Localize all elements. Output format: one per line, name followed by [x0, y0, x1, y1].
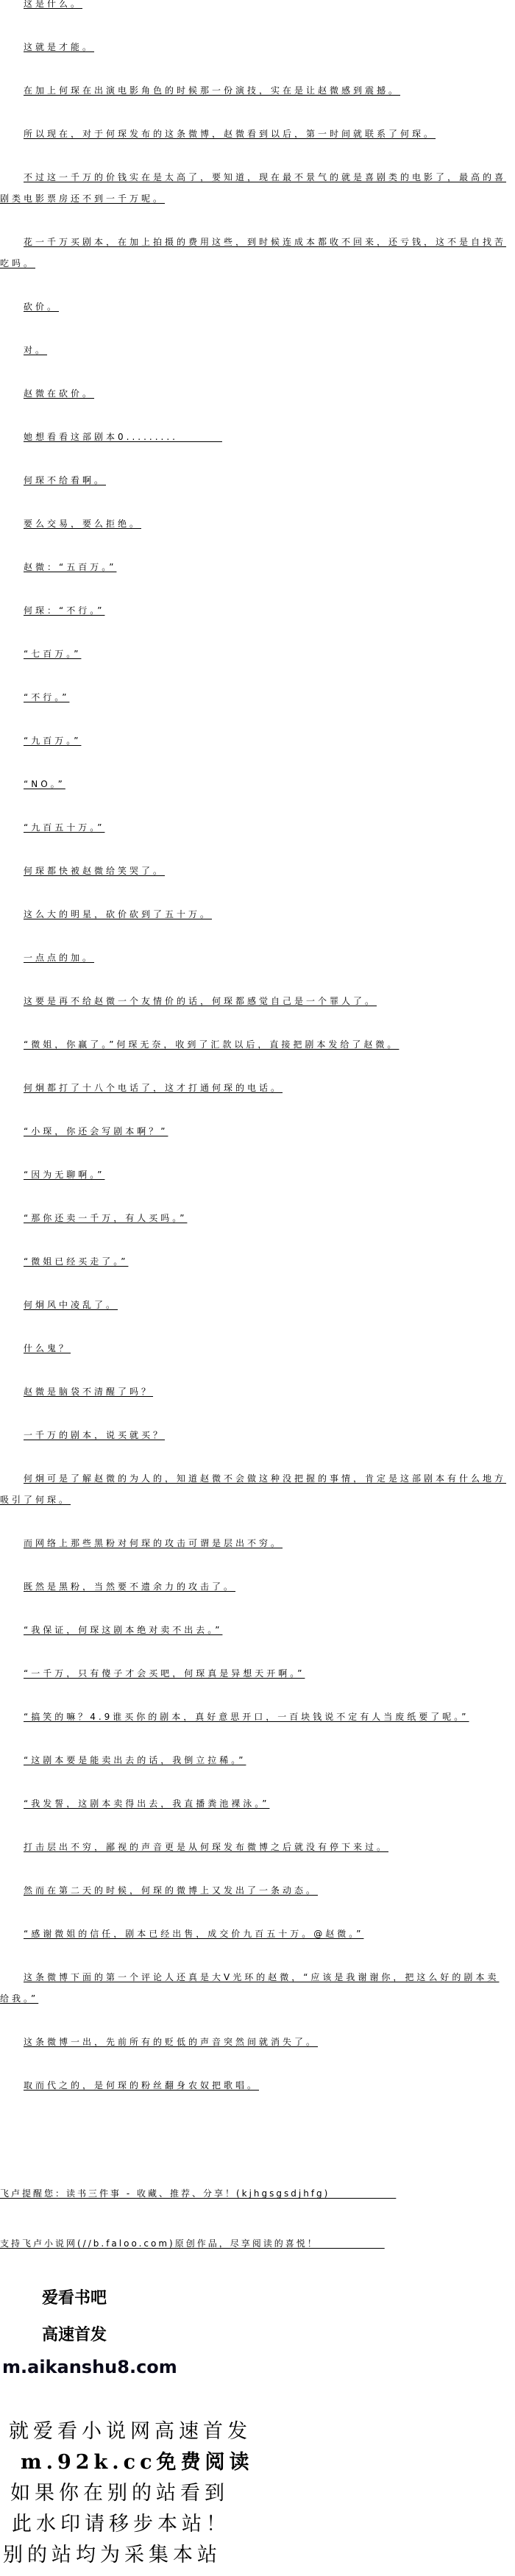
- paragraph: 这就是才能。: [0, 37, 508, 58]
- watermark-url: m.aikanshu8.com: [2, 2354, 191, 2380]
- paragraph: 对。: [0, 340, 508, 361]
- dialogue-paragraph: “我保证，何琛这剧本绝对卖不出去。”: [0, 1620, 508, 1641]
- reading-reminder: 飞卢提醒您：读书三件事 - 收藏、推荐、分享！(kjhgsgsdjhfg)___…: [0, 2183, 515, 2205]
- aikanshu-watermark: 爱看书吧 高速首发 m.aikanshu8.com: [0, 2280, 191, 2380]
- dialogue-paragraph: “那你还卖一千万，有人买吗。”: [0, 1208, 508, 1229]
- dialogue-paragraph: 赵微：“五百万。”: [0, 557, 508, 578]
- paragraph: 赵微是脑袋不清醒了吗？: [0, 1381, 508, 1403]
- paragraph: 一千万的剧本，说买就买？: [0, 1425, 508, 1446]
- paragraph: 取而代之的，是何琛的粉丝翻身农奴把歌唱。: [0, 2075, 508, 2096]
- paragraph: 这么大的明星，砍价砍到了五十万。: [0, 904, 508, 925]
- watermark-line: 如果你在别的站看到: [10, 2478, 294, 2509]
- dialogue-paragraph: “NO。”: [0, 774, 508, 795]
- dialogue-paragraph: “因为无聊啊。”: [0, 1164, 508, 1186]
- dialogue-paragraph: “微姐，你赢了。”何琛无奈，收到了汇款以后，直接把剧本发给了赵微。: [0, 1034, 508, 1056]
- watermark-line: 高速首发: [42, 2317, 191, 2354]
- watermark-line: 就爱看小说网高速首发: [9, 2416, 294, 2447]
- watermark-line: 别的站均为采集本站: [3, 2540, 294, 2571]
- paragraph: 这条微博一出，先前所有的贬低的声音突然间就消失了。: [0, 2032, 508, 2053]
- watermark-line: 爱看书吧: [42, 2280, 191, 2317]
- dialogue-paragraph: “微姐已经买走了。”: [0, 1251, 508, 1273]
- paragraph: 要么交易，要么拒绝。: [0, 513, 508, 535]
- paragraph: 而网络上那些黑粉对何琛的攻击可谓是层出不穷。: [0, 1533, 508, 1554]
- dialogue-paragraph: “一千万，只有傻子才会买吧，何琛真是异想天开啊。”: [0, 1663, 508, 1684]
- chapter-body: 这是什么。 这就是才能。 在加上何琛在出演电影角色的时候那一份演技，实在是让赵微…: [0, 0, 508, 2118]
- watermark-line: 此水印请移步本站！: [12, 2509, 294, 2540]
- dialogue-paragraph: “小琛，你还会写剧本啊？”: [0, 1121, 508, 1142]
- paragraph: 这条微博下面的第一个评论人还真是大V光环的赵微，“应该是我谢谢你，把这么好的剧本…: [0, 1967, 508, 2010]
- paragraph: 她想看看这部剧本0.........______: [0, 427, 508, 448]
- paragraph: 一点点的加。: [0, 947, 508, 969]
- support-notice: 支持飞卢小说网(//b.faloo.com)原创作品，尽享阅读的喜悦！_____…: [0, 2233, 515, 2255]
- dialogue-paragraph: “感谢微姐的信任，剧本已经出售，成交价九百五十万。@赵微。”: [0, 1924, 508, 1945]
- dialogue-paragraph: “我发誓，这剧本卖得出去，我直播粪池裸泳。”: [0, 1793, 508, 1815]
- dialogue-paragraph: “七百万。”: [0, 644, 508, 665]
- dialogue-paragraph: “九百五十万。”: [0, 817, 508, 839]
- paragraph: 何炯都打了十八个电话了，这才打通何琛的电话。: [0, 1078, 508, 1099]
- dialogue-paragraph: “九百万。”: [0, 730, 508, 752]
- paragraph: 所以现在，对于何琛发布的这条微博，赵微看到以后，第一时间就联系了何琛。: [0, 124, 508, 145]
- paragraph: 何炯可是了解赵微的为人的，知道赵微不会做这种没把握的事情，肯定是这部剧本有什么地…: [0, 1468, 508, 1511]
- paragraph: 赵微在砍价。: [0, 383, 508, 405]
- watermark-url: m.92k.cc免费阅读: [21, 2447, 294, 2478]
- paragraph: 何炯风中凌乱了。: [0, 1295, 508, 1316]
- paragraph: 砍价。: [0, 296, 508, 318]
- dialogue-paragraph: “搞笑的嘛？4.9谁买你的剧本，真好意思开口，一百块钱说不定有人当废纸要了呢。”: [0, 1707, 508, 1728]
- paragraph: 什么鬼？: [0, 1338, 508, 1359]
- paragraph: 何琛都快被赵微给笑哭了。: [0, 861, 508, 882]
- dialogue-paragraph: “不行。”: [0, 687, 508, 708]
- paragraph: 花一千万买剧本，在加上拍摄的费用这些，到时候连成本都收不回来，还亏钱，这不是自找…: [0, 232, 508, 274]
- paragraph: 这要是再不给赵微一个友情价的话，何琛都感觉自己是一个罪人了。: [0, 991, 508, 1012]
- site-footer-notes: 飞卢提醒您：读书三件事 - 收藏、推荐、分享！(kjhgsgsdjhfg)___…: [0, 2183, 515, 2283]
- paragraph: 然而在第二天的时候，何琛的微博上又发出了一条动态。: [0, 1880, 508, 1901]
- paragraph: 不过这一千万的价钱实在是太高了，要知道，现在最不景气的就是喜剧类的电影了，最高的…: [0, 167, 508, 210]
- paragraph: 既然是黑粉，当然要不遗余力的攻击了。: [0, 1576, 508, 1598]
- paragraph: 何琛不给看啊。: [0, 470, 508, 491]
- 92k-watermark: 就爱看小说网高速首发 m.92k.cc免费阅读 如果你在别的站看到 此水印请移步…: [0, 2416, 294, 2571]
- paragraph: 这是什么。: [0, 0, 508, 15]
- dialogue-paragraph: 何琛：“不行。”: [0, 600, 508, 622]
- paragraph: 在加上何琛在出演电影角色的时候那一份演技，实在是让赵微感到震撼。: [0, 80, 508, 102]
- dialogue-paragraph: “这剧本要是能卖出去的话，我倒立拉稀。”: [0, 1750, 508, 1771]
- paragraph: 打击层出不穷，鄙视的声音更是从何琛发布微博之后就没有停下来过。: [0, 1837, 508, 1858]
